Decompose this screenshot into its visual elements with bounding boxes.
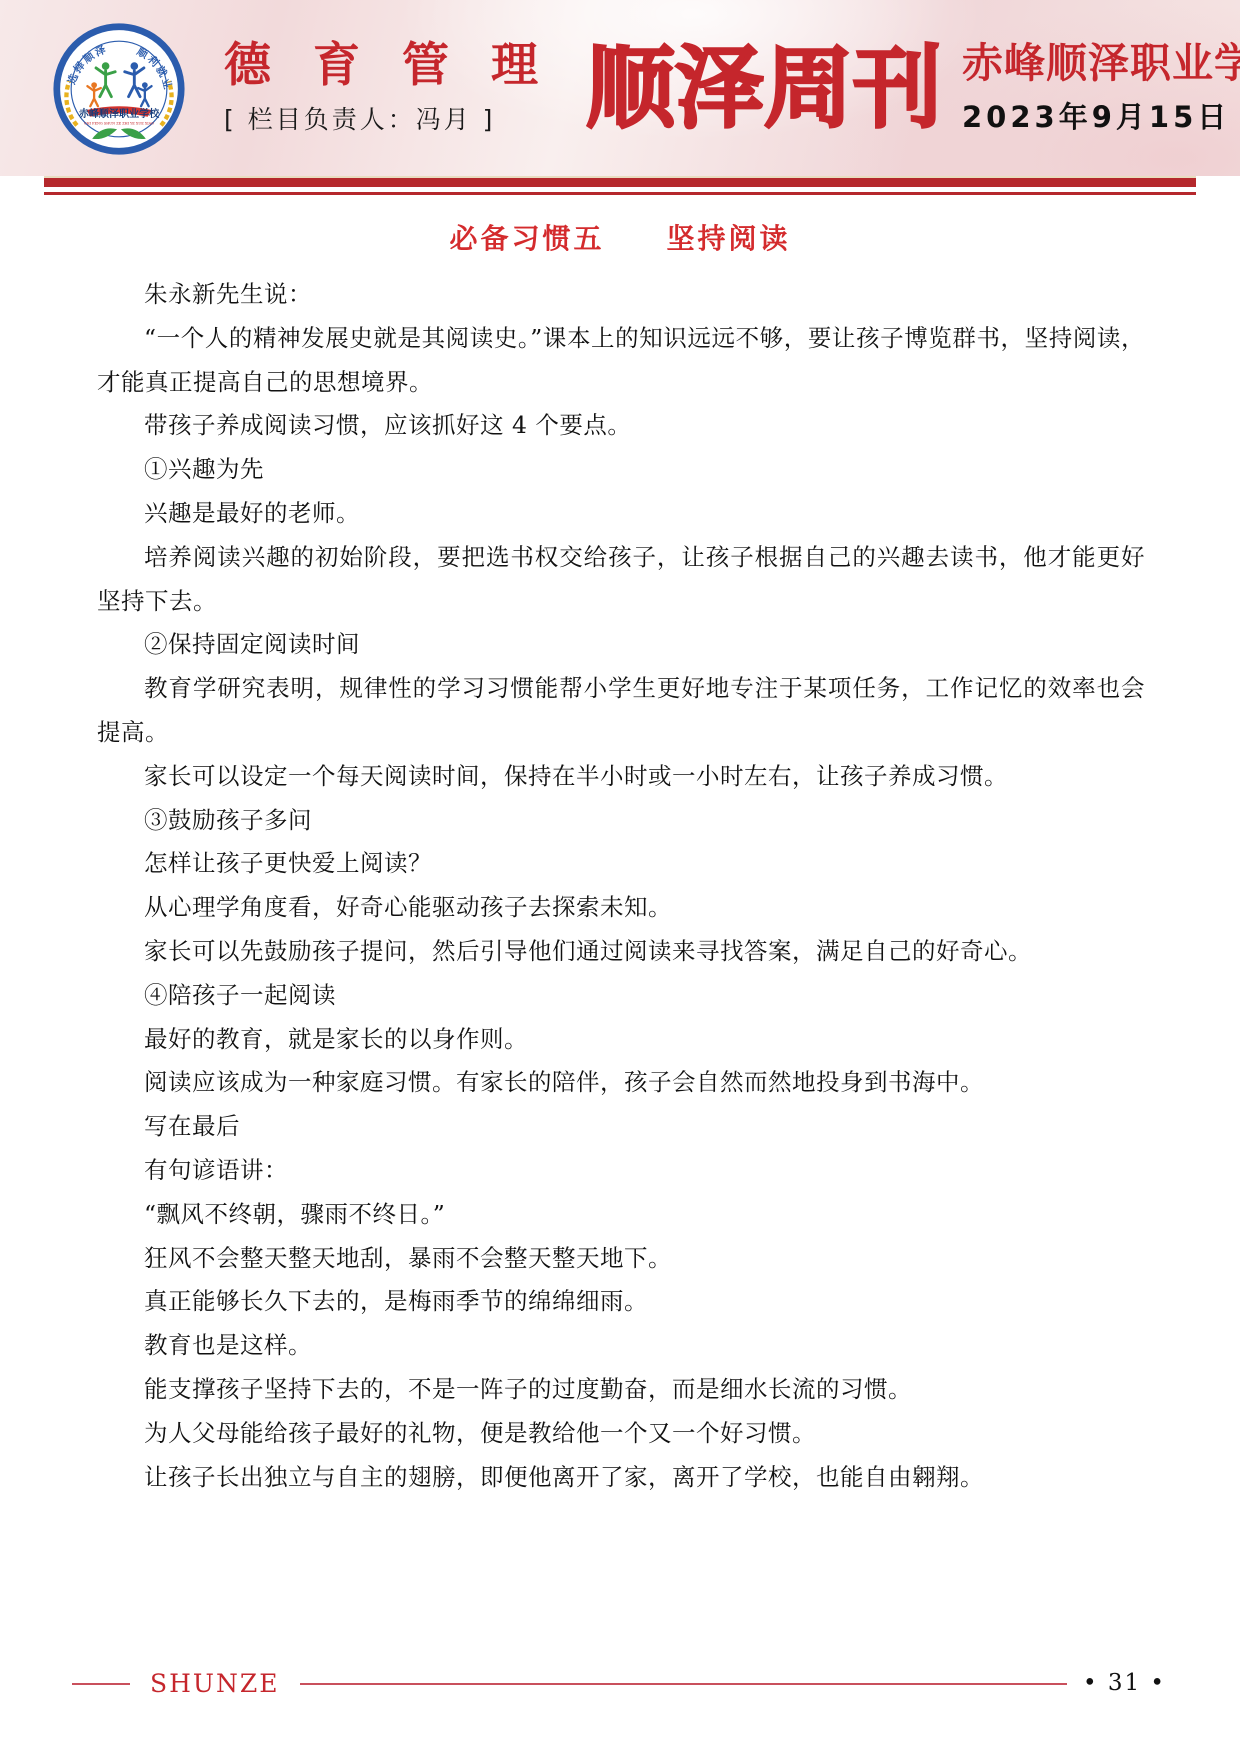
body-paragraph: 教育学研究表明，规律性的学习习惯能帮小学生更好地专注于某项任务，工作记忆的效率也… (97, 667, 1145, 755)
section-manager: [ 栏目负责人：冯月 ] (224, 100, 580, 136)
body-paragraph: 狂风不会整天整天地刮，暴雨不会整天整天地下。 (97, 1237, 1145, 1281)
body-paragraph: 朱永新先生说： (97, 273, 1145, 317)
page-number: • 31 • (1083, 1672, 1166, 1695)
masthead-title: 顺泽周刊 (586, 44, 942, 133)
section-column: 德育管理 [ 栏目负责人：冯月 ] (224, 40, 580, 136)
school-name: 赤峰顺泽职业学校 (962, 40, 1240, 87)
body-paragraph: “一个人的精神发展史就是其阅读史。”课本上的知识远远不够，要让孩子博览群书，坚持… (97, 317, 1145, 405)
school-logo: 选择顺泽 顺利就业 (52, 22, 186, 156)
body-paragraph: 带孩子养成阅读习惯，应该抓好这 4 个要点。 (97, 404, 1145, 448)
school-emblem-icon: 选择顺泽 顺利就业 (52, 22, 186, 156)
body-paragraph: 兴趣是最好的老师。 (97, 492, 1145, 536)
body-paragraph: 最好的教育，就是家长的以身作则。 (97, 1018, 1145, 1062)
body-paragraph: ③鼓励孩子多问 (97, 799, 1145, 843)
body-paragraph: 家长可以设定一个每天阅读时间，保持在半小时或一小时左右，让孩子养成习惯。 (97, 755, 1145, 799)
article-body: 朱永新先生说： “一个人的精神发展史就是其阅读史。”课本上的知识远远不够，要让孩… (97, 273, 1145, 1499)
article: 必备习惯五 坚持阅读 朱永新先生说： “一个人的精神发展史就是其阅读史。”课本上… (0, 217, 1240, 1499)
page-footer: SHUNZE • 31 • (72, 1671, 1166, 1696)
body-paragraph: 有句谚语讲： (97, 1149, 1145, 1193)
body-paragraph: 能支撑孩子坚持下去的，不是一阵子的过度勤奋，而是细水长流的习惯。 (97, 1368, 1145, 1412)
body-paragraph: 让孩子长出独立与自主的翅膀，即便他离开了家，离开了学校，也能自由翱翔。 (97, 1456, 1145, 1500)
body-paragraph: ②保持固定阅读时间 (97, 623, 1145, 667)
body-paragraph: 从心理学角度看，好奇心能驱动孩子去探索未知。 (97, 886, 1145, 930)
body-paragraph: 写在最后 (97, 1105, 1145, 1149)
body-paragraph: 家长可以先鼓励孩子提问，然后引导他们通过阅读来寻找答案，满足自己的好奇心。 (97, 930, 1145, 974)
section-title: 德育管理 (224, 40, 580, 92)
body-paragraph: “飘风不终朝，骤雨不终日。” (97, 1193, 1145, 1237)
body-paragraph: 教育也是这样。 (97, 1324, 1145, 1368)
school-column: 赤峰顺泽职业学校 2023年9月15日 星期五 (962, 40, 1240, 136)
footer-rule-short (72, 1683, 130, 1685)
body-paragraph: 怎样让孩子更快爱上阅读？ (97, 842, 1145, 886)
body-paragraph: 阅读应该成为一种家庭习惯。有家长的陪伴，孩子会自然而然地投身到书海中。 (97, 1061, 1145, 1105)
divider-thick-line (44, 178, 1196, 187)
newsletter-header: 选择顺泽 顺利就业 (0, 0, 1240, 176)
logo-pinyin: CHI FENG SHUN ZE ZHI YE XUE XIAO (84, 121, 154, 125)
header-divider (44, 176, 1196, 195)
footer-rule-long (300, 1683, 1067, 1685)
logo-school-name: 赤峰顺泽职业学校 (79, 107, 160, 120)
article-title: 必备习惯五 坚持阅读 (0, 217, 1240, 257)
body-paragraph: ①兴趣为先 (97, 448, 1145, 492)
header-row: 选择顺泽 顺利就业 (0, 0, 1240, 176)
footer-brand: SHUNZE (150, 1671, 280, 1696)
body-paragraph: 真正能够长久下去的，是梅雨季节的绵绵细雨。 (97, 1280, 1145, 1324)
body-paragraph: ④陪孩子一起阅读 (97, 974, 1145, 1018)
body-paragraph: 培养阅读兴趣的初始阶段，要把选书权交给孩子，让孩子根据自己的兴趣去读书，他才能更… (97, 536, 1145, 624)
divider-thin-line (44, 192, 1196, 195)
issue-date: 2023年9月15日 星期五 (962, 95, 1240, 136)
body-paragraph: 为人父母能给孩子最好的礼物，便是教给他一个又一个好习惯。 (97, 1412, 1145, 1456)
